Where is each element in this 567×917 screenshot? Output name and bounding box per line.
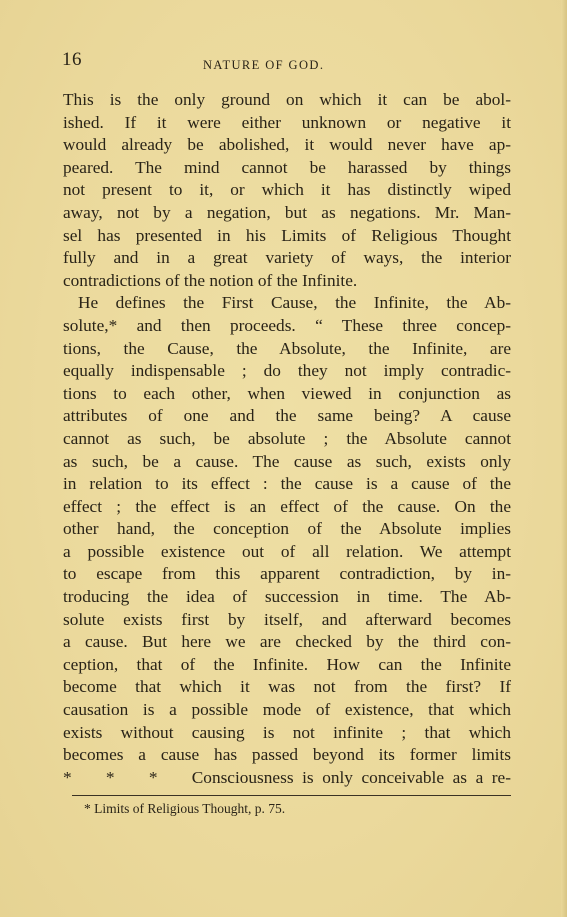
text-line: attributes of one and the same being? A … [63, 405, 511, 428]
text-line: effect ; the effect is an effect of the … [63, 496, 511, 519]
text-line: contradictions of the notion of the Infi… [63, 270, 511, 293]
text-line: troducing the idea of succession in time… [63, 586, 511, 609]
page-edge [561, 0, 567, 917]
text-line: peared. The mind cannot be harassed by t… [63, 157, 511, 180]
text-line: to escape from this apparent contradicti… [63, 563, 511, 586]
text-line: tions to each other, when viewed in conj… [63, 383, 511, 406]
text-line: exists without causing is not infinite ;… [63, 722, 511, 745]
footnote: * Limits of Religious Thought, p. 75. [84, 801, 285, 817]
text-line: fully and in a great variety of ways, th… [63, 247, 511, 270]
text-line: not present to it, or which it has disti… [63, 179, 511, 202]
text-line: as such, be a cause. The cause as such, … [63, 451, 511, 474]
text-line: sel has presented in his Limits of Relig… [63, 225, 511, 248]
text-line: other hand, the conception of the Absolu… [63, 518, 511, 541]
text-line: away, not by a negation, but as negation… [63, 202, 511, 225]
text-line: ished. If it were either unknown or nega… [63, 112, 511, 135]
body-text: This is the only ground on which it can … [63, 89, 511, 789]
text-line: solute exists first by itself, and after… [63, 609, 511, 632]
running-head: NATURE OF GOD. [203, 58, 324, 72]
text-line: cannot as such, be absolute ; the Absolu… [63, 428, 511, 451]
text-line: solute,* and then proceeds. “ These thre… [63, 315, 511, 338]
text-line: * * * Consciousness is only conceivable … [63, 767, 511, 790]
text-line: becomes a cause has passed beyond its fo… [63, 744, 511, 767]
page-number: 16 [62, 50, 82, 70]
footnote-divider [72, 795, 511, 796]
text-line: equally indispensable ; do they not impl… [63, 360, 511, 383]
text-line: ception, that of the Infinite. How can t… [63, 654, 511, 677]
book-page: 16 NATURE OF GOD. This is the only groun… [0, 0, 567, 917]
text-line: This is the only ground on which it can … [63, 89, 511, 112]
text-line: become that which it was not from the fi… [63, 676, 511, 699]
text-line: would already be abolished, it would nev… [63, 134, 511, 157]
text-line: tions, the Cause, the Absolute, the Infi… [63, 338, 511, 361]
text-line: causation is a possible mode of existenc… [63, 699, 511, 722]
text-line: He defines the First Cause, the Infinite… [63, 292, 511, 315]
text-line: a cause. But here we are checked by the … [63, 631, 511, 654]
text-line: a possible existence out of all relation… [63, 541, 511, 564]
text-line: in relation to its effect : the cause is… [63, 473, 511, 496]
